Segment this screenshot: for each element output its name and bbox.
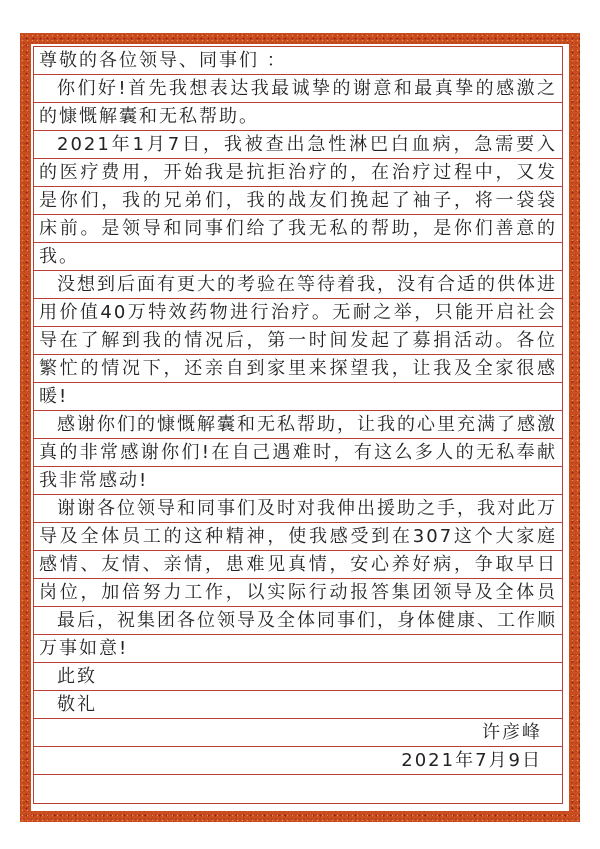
- letter-line: 导在了解到我的情况后，第一时间发起了募捐活动。各位集团领导工作非常: [34, 327, 562, 355]
- letter-line-text: 真的非常感谢你们!在自己遇难时，有这么多人的无私奉献和关怀 ，真的让: [39, 442, 557, 467]
- letter-line-text: 谢谢各位领导和同事们及时对我伸出援助之手，我对此万分感激。集团领: [39, 498, 557, 523]
- letter-line-text: 用价值40万特效药物进行治疗。无耐之举，只能开启社会筹款。集团各位领: [39, 302, 557, 327]
- letter-line-text: 我。: [39, 246, 79, 267]
- letter-line: 谢谢各位领导和同事们及时对我伸出援助之手，我对此万分感激。集团领: [34, 495, 562, 523]
- letter-page: { "frame": { "band_color": "#cb4e20", "b…: [0, 0, 600, 849]
- letter-line-text: 此致: [57, 666, 97, 687]
- letter-line-text: 感谢你们的慷慨解囊和无私帮助，让我的心里充满了感激和温暖。谢谢，: [39, 414, 557, 439]
- letter-line-text: 最后，祝集团各位领导及全体同事们，身体健康、工作顺利、全家幸福、: [39, 610, 557, 635]
- letter-line: [34, 775, 562, 803]
- letter-line-text: 我非常感动!: [39, 470, 148, 491]
- letter-line-text: 岗位，加倍努力工作，以实际行动报答集团领导及全体员工对自己的关爱。: [39, 582, 557, 607]
- letter-line: 我。: [34, 243, 562, 271]
- letter-line: 真的非常感谢你们!在自己遇难时，有这么多人的无私奉献和关怀 ，真的让: [34, 439, 562, 467]
- letter-line: 许彦峰: [34, 719, 562, 747]
- letter-line: 床前。是领导和同事们给了我无私的帮助，是你们善意的行为极大地鼓舞了: [34, 215, 562, 243]
- letter-line: 岗位，加倍努力工作，以实际行动报答集团领导及全体员工对自己的关爱。: [34, 579, 562, 607]
- letter-line-text: 尊敬的各位领导、同事们 ：: [39, 50, 287, 71]
- letter-line: 此致: [34, 663, 562, 691]
- letter-line: 感谢你们的慷慨解囊和无私帮助，让我的心里充满了感激和温暖。谢谢，: [34, 411, 562, 439]
- letter-line-text: 导及全体员工的这种精神，使我感受到在307这个大家庭里 ，兄弟间深厚的: [39, 526, 557, 551]
- letter-line-text: 你们好!首先我想表达我最诚挚的谢意和最真挚的感激之情!衷心感谢你们: [39, 78, 557, 103]
- ruled-letter-area: 尊敬的各位领导、同事们 ：你们好!首先我想表达我最诚挚的谢意和最真挚的感激之情!…: [33, 46, 563, 804]
- letter-line-text: 繁忙的情况下，还亲自到家里来探望我，让我及全家很感动，心里感觉很温: [39, 358, 557, 383]
- letter-line: 是你们，我的兄弟们，我的战友们挽起了袖子，将一袋袋热血送到了我的病: [34, 187, 562, 215]
- letter-line-text: 暖!: [39, 386, 68, 407]
- letter-line-text: 2021年7月9日: [401, 750, 542, 771]
- letter-line: 尊敬的各位领导、同事们 ：: [34, 47, 562, 75]
- letter-line-text: 感情、友情、亲情，患难见真情，安心养好病，争取早日康复，重返自己的: [39, 554, 557, 579]
- letter-line: 暖!: [34, 383, 562, 411]
- letter-line: 繁忙的情况下，还亲自到家里来探望我，让我及全家很感动，心里感觉很温: [34, 355, 562, 383]
- letter-line: 感情、友情、亲情，患难见真情，安心养好病，争取早日康复，重返自己的: [34, 551, 562, 579]
- letter-line-text: 许彦峰: [482, 722, 542, 743]
- letter-line: 2021年7月9日: [34, 747, 562, 775]
- letter-line: 用价值40万特效药物进行治疗。无耐之举，只能开启社会筹款。集团各位领: [34, 299, 562, 327]
- letter-line-text: 是你们，我的兄弟们，我的战友们挽起了袖子，将一袋袋热血送到了我的病: [39, 190, 557, 215]
- letter-line: 最后，祝集团各位领导及全体同事们，身体健康、工作顺利、全家幸福、: [34, 607, 562, 635]
- letter-line-text: 万事如意!: [39, 638, 128, 659]
- letter-line: 的慷慨解囊和无私帮助。: [34, 103, 562, 131]
- letter-line: 的医疗费用，开始我是抗拒治疗的，在治疗过程中，又发现需要输血治疗，: [34, 159, 562, 187]
- letter-line-text: 敬礼: [57, 694, 97, 715]
- letter-line-text: 的医疗费用，开始我是抗拒治疗的，在治疗过程中，又发现需要输血治疗，: [39, 162, 557, 187]
- letter-line: 万事如意!: [34, 635, 562, 663]
- letter-line-text: 的慷慨解囊和无私帮助。: [39, 106, 259, 127]
- letter-line: 2021年1月7日，我被查出急性淋巴白血病，急需要入院治疗，面对着巨额: [34, 131, 562, 159]
- letter-line: 敬礼: [34, 691, 562, 719]
- letter-line-text: 床前。是领导和同事们给了我无私的帮助，是你们善意的行为极大地鼓舞了: [39, 218, 557, 243]
- letter-line: 导及全体员工的这种精神，使我感受到在307这个大家庭里 ，兄弟间深厚的: [34, 523, 562, 551]
- letter-line-text: 2021年1月7日，我被查出急性淋巴白血病，急需要入院治疗，面对着巨额: [39, 134, 557, 159]
- letter-line: 我非常感动!: [34, 467, 562, 495]
- letter-line-text: 没想到后面有更大的考验在等待着我，没有合适的供体进行移植，只能使: [39, 274, 557, 299]
- letter-line-text: 导在了解到我的情况后，第一时间发起了募捐活动。各位集团领导工作非常: [39, 330, 557, 355]
- letter-line: 你们好!首先我想表达我最诚挚的谢意和最真挚的感激之情!衷心感谢你们: [34, 75, 562, 103]
- letter-line: 没想到后面有更大的考验在等待着我，没有合适的供体进行移植，只能使: [34, 271, 562, 299]
